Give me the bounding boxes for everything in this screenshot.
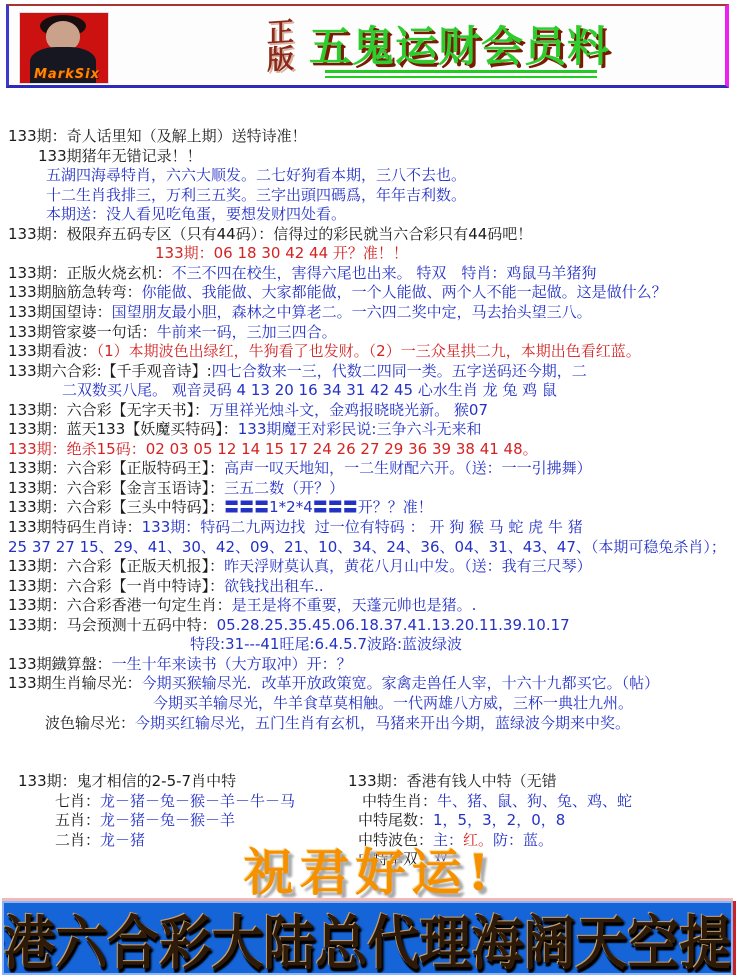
text-line: 本期送：没人看见吃龟蛋，要想发财四处看。 (0, 205, 739, 225)
text-run: 二双数买八尾。 观音灵码 4 13 20 16 34 31 42 45 心水生肖… (62, 381, 557, 399)
text-line: 133期：马会预测十五码中特：05.28.25.35.45.06.18.37.4… (0, 616, 739, 636)
text-run: 133期猪年无错记录！！ (38, 147, 202, 165)
text-run: 133期魔王对彩民说:三争六斗无来和 (238, 420, 482, 438)
text-run: 特段:31---41旺尾:6.4.5.7波路:蓝波绿波 (190, 635, 462, 653)
text-run: 龙－猪－兔－猴－羊 (100, 811, 235, 829)
text-line: 133期六合彩:【千手观音诗】:四七合数来一三，代数二四同一类。五字送码还今期，… (0, 362, 739, 382)
text-line: 133期：奇人话里知（及解上期）送特诗准！ (0, 127, 739, 147)
text-line: 133期生肖输尽光：今期买猴输尽光．改革开放政策宽。家禽走兽任人宰，十六十九都买… (0, 674, 739, 694)
text-run: 万里祥光烛斗文，金鸡报晓晓光新。 猴07 (209, 401, 488, 419)
provider-banner-text: 香港六合彩大陆总代理海阔天空提供 (2, 901, 733, 975)
text-run: 133期：06 18 30 42 44 开？准！！ (155, 244, 408, 262)
text-line: 133期鐡算盤：一生十年来读书（大方取冲）开：？ (0, 655, 739, 675)
text-run: 133期生肖输尽光： (8, 674, 142, 692)
title-underline (325, 76, 597, 78)
text-run: 133期看波： (8, 342, 97, 360)
text-run: 龙－猪－兔－猴－羊－牛－马 (100, 792, 295, 810)
text-line: 133期：鬼才相信的2-5-7肖中特 (0, 772, 340, 792)
text-run: 是王是将不重要，天蓬元帅也是猪。. (232, 596, 477, 614)
edition-label: 正版 (255, 17, 295, 84)
text-line: 133期：六合彩【正版天机报】：昨天浮财莫认真，黄花八月山中发。（送：我有三尺琴… (0, 557, 739, 577)
text-line: 特段:31---41旺尾:6.4.5.7波路:蓝波绿波 (0, 635, 739, 655)
text-line: 133期特码生肖诗：133期：特码二九两边找 过一位有特码 ： 开 狗 猴 马 … (0, 518, 739, 538)
text-run: 133期：绝杀15码：02 03 05 12 14 15 17 24 26 27… (8, 440, 538, 458)
text-line: 二双数买八尾。 观音灵码 4 13 20 16 34 31 42 45 心水生肖… (0, 381, 739, 401)
text-line: 133期：六合彩【正版特码王】：高声一叹天地知，一二生财配六开。（送：一一引拂舞… (0, 459, 739, 479)
text-run: 133期：六合彩【无字天书】： (8, 401, 209, 419)
text-run: 133期六合彩:【千手观音诗】: (8, 362, 212, 380)
text-run: 05.28.25.35.45.06.18.37.41.13.20.11.39.1… (217, 616, 570, 634)
text-line: 133期：六合彩【无字天书】：万里祥光烛斗文，金鸡报晓晓光新。 猴07 (0, 401, 739, 421)
text-run: 133期：奇人话里知（及解上期）送特诗准！ (8, 127, 307, 145)
text-line: 133期：六合彩【一肖中特诗】：欲钱找出租车.. (0, 577, 739, 597)
text-line: 中特尾数：1，5，3，2，0，8 (340, 811, 739, 831)
text-line: 今期买羊输尽光，牛羊食草莫相触。一代两雄八方威，三杯一典壮九州。 (0, 694, 739, 714)
text-run: 牛前来一码，三加三四合。 (157, 323, 337, 341)
text-line: 133期脑筋急转弯：你能做、我能做、大家都能做，一个人能做、两个人不能一起做。这… (0, 283, 739, 303)
text-run: 高声一叹天地知，一二生财配六开。（送：一一引拂舞） (224, 459, 592, 477)
tips-lines: 133期：奇人话里知（及解上期）送特诗准！133期猪年无错记录！！五湖四海尋特肖… (0, 127, 739, 733)
page-title: 五鬼运财会员料 (309, 14, 709, 74)
text-line: 133期国望诗：国望朋友最小胆，森林之中算老二。一六四二奖中定，马去抬头望三八。 (0, 303, 739, 323)
text-line: 25 37 27 15、29、41、30、42、09、21、10、34、24、3… (0, 538, 739, 558)
text-run: 十二生肖我排三，万利三五奖。三字出頭四碼爲，年年吉利数。 (46, 186, 466, 204)
text-run: 不三不四在校生，害得六尾也出来。 特双 特肖：鸡鼠马羊猪狗 (172, 264, 597, 282)
provider-banner: 香港六合彩大陆总代理海阔天空提供 (2, 901, 733, 975)
text-run: （1）本期波色出绿红，牛狗看了也发财。（2）一三众星拱二九，本期出色看红蓝。 (97, 342, 641, 360)
text-line: 133期：正版火烧玄机：不三不四在校生，害得六尾也出来。 特双 特肖：鸡鼠马羊猪… (0, 264, 739, 284)
text-run: 133期：马会预测十五码中特： (8, 616, 217, 634)
text-run: 133期：鬼才相信的2-5-7肖中特 (18, 772, 236, 790)
text-line: 七肖：龙－猪－兔－猴－羊－牛－马 (0, 792, 340, 812)
text-run: 七肖： (55, 792, 100, 810)
text-line: 五湖四海尋特肖，六六大顺发。二七好狗看本期，三八不去也。 (0, 166, 739, 186)
text-run: 133期：六合彩【金言玉语诗】： (8, 479, 224, 497)
text-run: 你能做、我能做、大家都能做，一个人能做、两个人不能一起做。这是做什么？ (142, 283, 667, 301)
text-run: 133期：六合彩【一肖中特诗】： (8, 577, 224, 595)
text-line: 133期：六合彩【金言玉语诗】：三五二数（开？） (0, 479, 739, 499)
text-run: 133期：六合彩【正版天机报】： (8, 557, 224, 575)
text-line: 十二生肖我排三，万利三五奖。三字出頭四碼爲，年年吉利数。 (0, 186, 739, 206)
text-run: 四七合数来一三，代数二四同一类。五字送码还今期，二 (212, 362, 587, 380)
text-line: 133期：06 18 30 42 44 开？准！！ (0, 244, 739, 264)
text-run: 昨天浮财莫认真，黄花八月山中发。（送：我有三尺琴） (224, 557, 592, 575)
text-run: 133期：六合彩香港一句定生肖： (8, 596, 232, 614)
text-run: 133期鐡算盤： (8, 655, 112, 673)
good-luck-wish: 祝君好运! (0, 833, 739, 897)
text-line: 133期：六合彩香港一句定生肖：是王是将不重要，天蓬元帅也是猪。. (0, 596, 739, 616)
text-run: 牛、猪、鼠、狗、兔、鸡、蛇 (437, 792, 632, 810)
text-run: 本期送：没人看见吃龟蛋，要想发财四处看。 (46, 205, 346, 223)
text-run: 25 37 27 15、29、41、30、42、09、21、10、34、24、3… (8, 538, 726, 556)
text-line: 133期猪年无错记录！！ (0, 147, 739, 167)
text-line: 中特生肖：牛、猪、鼠、狗、兔、鸡、蛇 (340, 792, 739, 812)
text-run: 133期：正版火烧玄机： (8, 264, 172, 282)
text-line: 133期管家婆一句话：牛前来一码，三加三四合。 (0, 323, 739, 343)
text-run: 国望朋友最小胆，森林之中算老二。一六四二奖中定，马去抬头望三八。 (112, 303, 592, 321)
text-run: 133期：极限弃五码专区（只有44码）：信得过的彩民就当六合彩只有44码吧！ (8, 225, 532, 243)
text-line: 133期看波：（1）本期波色出绿红，牛狗看了也发财。（2）一三众星拱二九，本期出… (0, 342, 739, 362)
text-run: 133期：六合彩【三头中特码】： (8, 498, 224, 516)
text-run: 133期：蓝天133【妖魔买特码】： (8, 420, 238, 438)
masthead: MarkSix 正版 五鬼运财会员料 (6, 4, 729, 88)
text-run: 133期脑筋急转弯： (8, 283, 142, 301)
text-run: 中特尾数： (358, 811, 433, 829)
text-run: 今期买羊输尽光，牛羊食草莫相触。一代两雄八方威，三杯一典壮九州。 (153, 694, 633, 712)
text-run: 133期管家婆一句话： (8, 323, 157, 341)
text-run: 133期特码生肖诗： (8, 518, 142, 536)
text-line: 五肖：龙－猪－兔－猴－羊 (0, 811, 340, 831)
text-run: 波色输尽光： (45, 714, 135, 732)
title-underline (325, 70, 597, 73)
text-line: 波色输尽光：今期买红输尽光，五门生肖有玄机，马猪来开出今期，蓝绿波今期来中奖。 (0, 714, 739, 734)
text-line: 133期：绝杀15码：02 03 05 12 14 15 17 24 26 27… (0, 440, 739, 460)
text-run: 今期买红输尽光，五门生肖有玄机，马猪来开出今期，蓝绿波今期来中奖。 (135, 714, 630, 732)
text-run: 133期国望诗： (8, 303, 112, 321)
host-photo: MarkSix (19, 12, 109, 84)
text-run: 欲钱找出租车.. (224, 577, 324, 595)
text-run: 133期：香港有钱人中特（无错 (348, 772, 557, 790)
text-run: 五湖四海尋特肖，六六大顺发。二七好狗看本期，三八不去也。 (46, 166, 466, 184)
text-run: 133期：特码二九两边找 过一位有特码 ： 开 狗 猴 马 蛇 虎 牛 猪 (142, 518, 583, 536)
text-run: 1，5，3，2，0，8 (433, 811, 565, 829)
text-line: 133期：极限弃五码专区（只有44码）：信得过的彩民就当六合彩只有44码吧！ (0, 225, 739, 245)
text-run: 中特生肖： (362, 792, 437, 810)
text-run: 〓〓〓1*2*4〓〓〓开？？准！ (224, 498, 433, 516)
text-run: 一生十年来读书（大方取冲）开：？ (112, 655, 352, 673)
photo-caption: MarkSix (34, 67, 100, 82)
text-line: 133期：蓝天133【妖魔买特码】：133期魔王对彩民说:三争六斗无来和 (0, 420, 739, 440)
text-line: 133期：六合彩【三头中特码】：〓〓〓1*2*4〓〓〓开？？准！ (0, 498, 739, 518)
text-run: 三五二数（开？） (224, 479, 344, 497)
text-run: 五肖： (55, 811, 100, 829)
text-line: 133期：香港有钱人中特（无错 (340, 772, 739, 792)
text-run: 133期：六合彩【正版特码王】： (8, 459, 224, 477)
text-run: 今期买猴输尽光．改革开放政策宽。家禽走兽任人宰，十六十九都买它。（帖） (142, 674, 660, 692)
